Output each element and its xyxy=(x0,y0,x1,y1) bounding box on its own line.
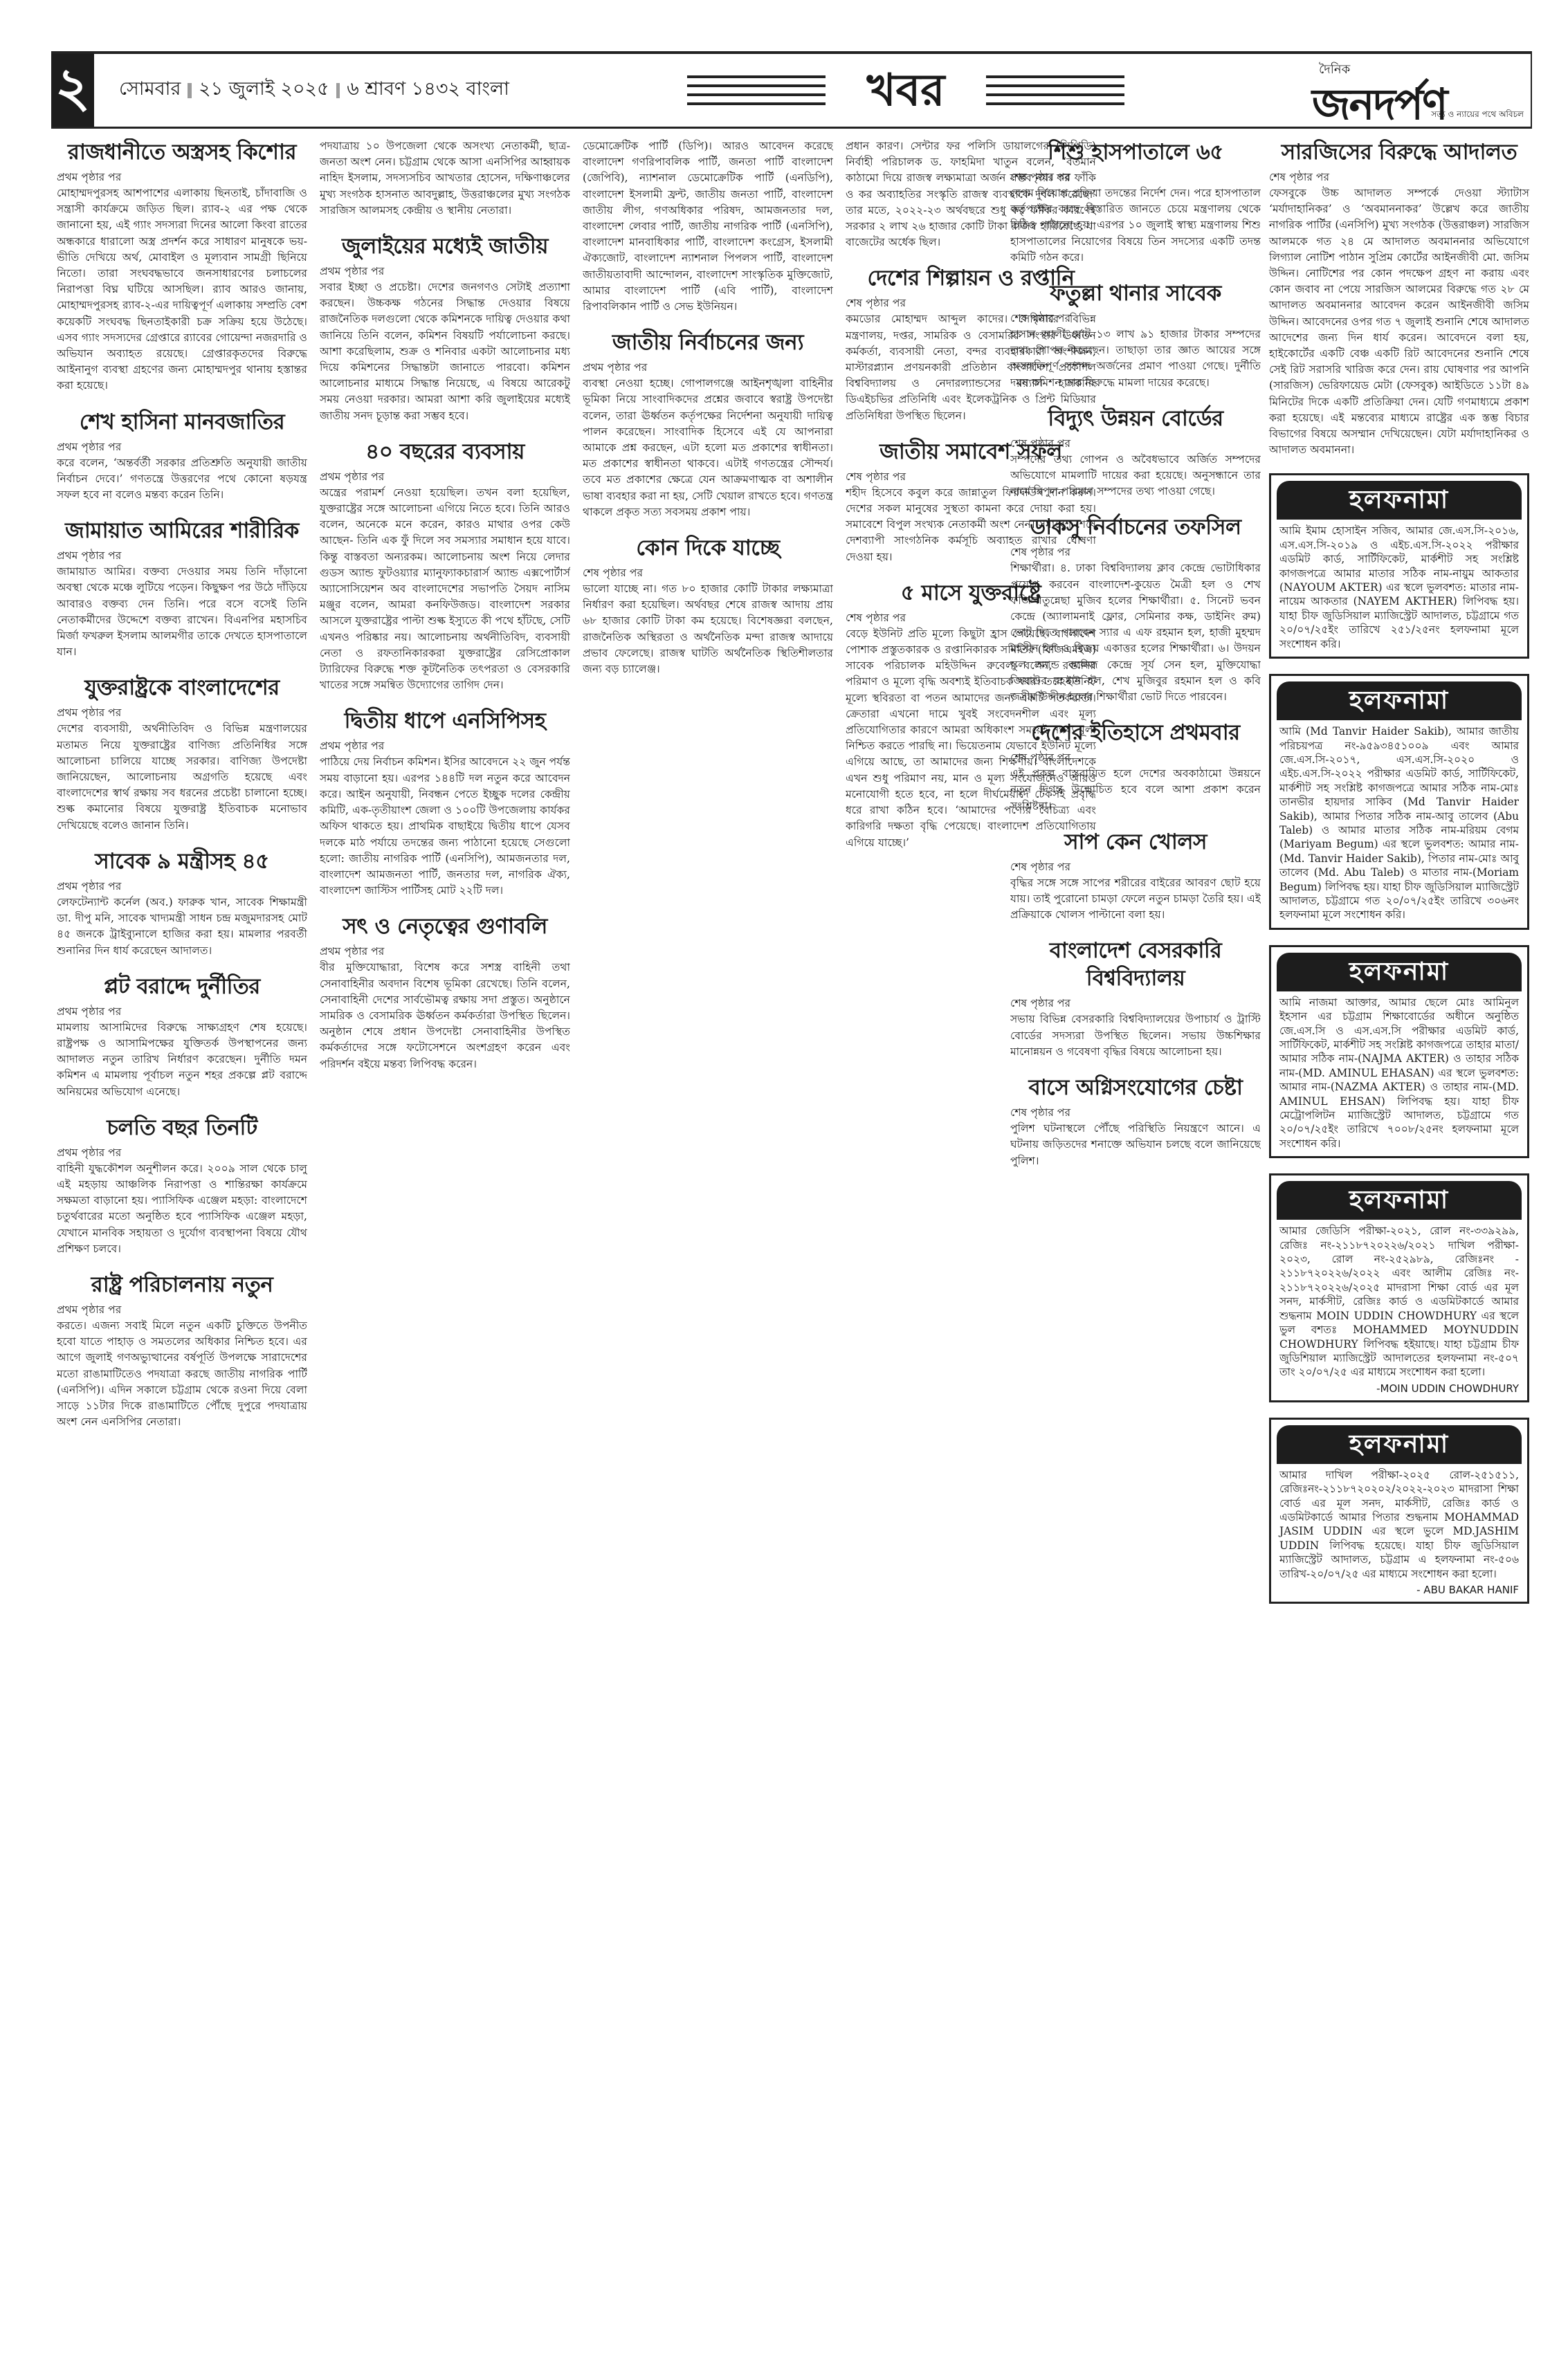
article: জাতীয় নির্বাচনের জন্য প্রথম পৃষ্ঠার পর … xyxy=(583,329,833,520)
day: সোমবার xyxy=(119,75,181,106)
dateline: সোমবার ২১ জুলাই ২০২৫ ৬ শ্রাবণ ১৪৩২ বাংলা xyxy=(94,54,509,127)
article: ৪০ বছরের ব্যবসায় প্রথম পৃষ্ঠার পর অন্ত্… xyxy=(320,438,570,694)
article-body: ব্যবস্থা নেওয়া হচ্ছে। গোপালগঞ্জে আইনশৃঙ… xyxy=(583,376,833,520)
article: জামায়াত আমিরের শারীরিক প্রথম পৃষ্ঠার পর… xyxy=(57,517,307,660)
page-number: ২ xyxy=(51,54,94,127)
article: সাপ কেন খোলস শেষ পৃষ্ঠার পর বৃদ্ধির সঙ্গ… xyxy=(1010,828,1261,924)
affidavit-ad: হলফনামা আমি (Md Tanvir Haider Sakib), আম… xyxy=(1269,674,1529,930)
article: বাংলাদেশ বেসরকারি বিশ্ববিদ্যালয় শেষ পৃষ… xyxy=(1010,937,1261,1060)
jump-line: শেষ পৃষ্ঠার পর xyxy=(1010,1104,1261,1121)
ad-signature: - ABU BAKAR HANIF xyxy=(1277,1581,1522,1596)
logo-tagline: সত্য ও ন্যায়ের পথে অবিচল xyxy=(1431,109,1524,122)
article-headline: জামায়াত আমিরের শারীরিক xyxy=(57,517,307,544)
jump-line: প্রথম পৃষ্ঠার পর xyxy=(320,943,570,960)
jump-line: প্রথম পৃষ্ঠার পর xyxy=(320,468,570,485)
article-headline: সাপ কেন খোলস xyxy=(1010,828,1261,856)
article-body: ডেমোক্রেটিক পার্টি (ডিপি)। আরও আবেদন করে… xyxy=(583,138,833,315)
article-body: মামলায় আসামিদের বিরুদ্ধে সাক্ষ্যগ্রহণ শ… xyxy=(57,1020,307,1100)
article-headline: চলতি বছর তিনটি xyxy=(57,1114,307,1142)
jump-line: শেষ পৃষ্ঠার পর xyxy=(1010,859,1261,875)
article: কোন দিকে যাচ্ছে শেষ পৃষ্ঠার পর ভালো যাচ্… xyxy=(583,534,833,677)
ad-body: আমি ইমাম হোসাইন সজিব, আমার জে.এস.সি-২০১৬… xyxy=(1277,520,1522,651)
article-body: সম্পদের তথ্য গোপন ও অবৈধভাবে অর্জিত সম্প… xyxy=(1010,452,1261,500)
article-body: বৃদ্ধির সঙ্গে সঙ্গে সাপের শরীরের বাইরের … xyxy=(1010,875,1261,924)
article-body: পদযাত্রায় ১০ উপজেলা থেকে অসংখ্য নেতাকর্… xyxy=(320,138,570,219)
article: সাবেক ৯ মন্ত্রীসহ ৪৫ প্রথম পৃষ্ঠার পর লে… xyxy=(57,848,307,959)
article-body: মোহাম্মদপুরসহ আশপাশের এলাকায় ছিনতাই, চা… xyxy=(57,185,307,394)
article-body: হাসান আলী মোট ১৩ লাখ ৯১ হাজার টাকার সম্প… xyxy=(1010,327,1261,391)
jump-line: প্রথম পৃষ্ঠার পর xyxy=(57,878,307,895)
jump-line: শেষ পৃষ্ঠার পর xyxy=(1010,749,1261,766)
article: দেশের ইতিহাসে প্রথমবার শেষ পৃষ্ঠার পর এই… xyxy=(1010,719,1261,814)
jump-line: প্রথম পৃষ্ঠার পর xyxy=(583,359,833,376)
jump-line: প্রথম পৃষ্ঠার পর xyxy=(320,263,570,280)
article: দ্বিতীয় ধাপে এনসিপিসহ প্রথম পৃষ্ঠার পর … xyxy=(320,707,570,899)
column-3: ডেমোক্রেটিক পার্টি (ডিপি)। আরও আবেদন করে… xyxy=(583,138,833,2325)
jump-line: প্রথম পৃষ্ঠার পর xyxy=(57,439,307,455)
article-body: এই প্রকল্প বাস্তবায়িত হলে দেশের অবকাঠাম… xyxy=(1010,766,1261,814)
article-headline: জুলাইয়ের মধ্যেই জাতীয় xyxy=(320,232,570,260)
article: বাসে অগ্নিসংযোগের চেষ্টা শেষ পৃষ্ঠার পর … xyxy=(1010,1074,1261,1169)
article: রাজধানীতে অস্ত্রসহ কিশোর প্রথম পৃষ্ঠার প… xyxy=(57,138,307,394)
logo-name: জনদর্পণ xyxy=(1312,72,1447,143)
article: ডাকসু নির্বাচনের তফসিল শেষ পৃষ্ঠার পর শি… xyxy=(1010,513,1261,705)
article-body: সবার ইচ্ছা ও প্রচেষ্টা। দেশের জনগণও সেটা… xyxy=(320,280,570,424)
article-body: সভায় বিভিন্ন বেসরকারি বিশ্ববিদ্যালয়ের … xyxy=(1010,1011,1261,1060)
decorative-rules-left xyxy=(687,75,826,106)
affidavit-ad: হলফনামা আমার দাখিল পরীক্ষা-২০২৫ রোল-২৫১৫… xyxy=(1269,1418,1529,1604)
ad-title: হলফনামা xyxy=(1277,953,1522,991)
newspaper-logo: দৈনিক জনদর্পণ সত্য ও ন্যায়ের পথে অবিচল xyxy=(1302,54,1531,127)
date-bangla: ৬ শ্রাবণ ১৪৩২ বাংলা xyxy=(347,75,509,106)
article-body: পাঠিয়ে দেয় নির্বাচন কমিশন। ইসির আবেদনে… xyxy=(320,754,570,899)
article-headline: রাষ্ট্র পরিচালনায় নতুন xyxy=(57,1271,307,1299)
affidavit-ad: হলফনামা আমার জেডিসি পরীক্ষা-২০২১, রোল নং… xyxy=(1269,1173,1529,1402)
jump-line: প্রথম পৃষ্ঠার পর xyxy=(320,738,570,754)
article-headline: শিশু হাসপাতালে ৬৫ xyxy=(1010,138,1261,166)
article: বিদ্যুৎ উন্নয়ন বোর্ডের শেষ পৃষ্ঠার পর স… xyxy=(1010,405,1261,500)
article-headline: প্লট বরাদ্দে দুর্নীতির xyxy=(57,973,307,1000)
column-5: শিশু হাসপাতালে ৬৫ শেষ পৃষ্ঠার পর বেগম নি… xyxy=(1010,138,1261,2325)
article: চলতি বছর তিনটি প্রথম পৃষ্ঠার পর বাহিনী য… xyxy=(57,1114,307,1257)
masthead: ২ সোমবার ২১ জুলাই ২০২৫ ৬ শ্রাবণ ১৪৩২ বাং… xyxy=(51,51,1532,129)
article: সারজিসের বিরুদ্ধে আদালত শেষ পৃষ্ঠার পর ফ… xyxy=(1269,138,1529,458)
jump-line: প্রথম পৃষ্ঠার পর xyxy=(57,1003,307,1020)
article-continuation: ডেমোক্রেটিক পার্টি (ডিপি)। আরও আবেদন করে… xyxy=(583,138,833,315)
article-headline: কোন দিকে যাচ্ছে xyxy=(583,534,833,562)
article: যুক্তরাষ্ট্রকে বাংলাদেশের প্রথম পৃষ্ঠার … xyxy=(57,674,307,833)
affidavit-ad: হলফনামা আমি ইমাম হোসাইন সজিব, আমার জে.এস… xyxy=(1269,473,1529,659)
article-body: দেশের ব্যবসায়ী, অর্থনীতিবিদ ও বিভিন্ন ম… xyxy=(57,721,307,833)
jump-line: প্রথম পৃষ্ঠার পর xyxy=(57,169,307,185)
article: শেখ হাসিনা মানবজাতির প্রথম পৃষ্ঠার পর কর… xyxy=(57,408,307,504)
separator-square-icon xyxy=(336,83,340,98)
article-body: পুলিশ ঘটনাস্থলে পৌঁছে পরিস্থিতি নিয়ন্ত্… xyxy=(1010,1121,1261,1169)
jump-line: শেষ পৃষ্ঠার পর xyxy=(583,565,833,581)
decorative-rules-right xyxy=(986,75,1124,106)
article-headline: দ্বিতীয় ধাপে এনসিপিসহ xyxy=(320,707,570,735)
article-headline: ৪০ বছরের ব্যবসায় xyxy=(320,438,570,466)
affidavit-ad: হলফনামা আমি নাজমা আক্তার, আমার ছেলে মোঃ … xyxy=(1269,945,1529,1158)
article-headline: সাবেক ৯ মন্ত্রীসহ ৪৫ xyxy=(57,848,307,875)
ad-title: হলফনামা xyxy=(1277,481,1522,520)
jump-line: প্রথম পৃষ্ঠার পর xyxy=(57,704,307,721)
article-headline: বাংলাদেশ বেসরকারি বিশ্ববিদ্যালয় xyxy=(1010,937,1261,992)
ad-body: আমার জেডিসি পরীক্ষা-২০২১, রোল নং-৩৩৯২৯৯,… xyxy=(1277,1220,1522,1379)
article-body: করে বলেন, ‘অন্তর্বর্তী সরকার প্রতিশ্রুতি… xyxy=(57,455,307,504)
jump-line: শেষ পৃষ্ঠার পর xyxy=(1010,169,1261,185)
article-body: শিক্ষার্থীরা। ৪. ঢাকা বিশ্ববিদ্যালয় ক্ল… xyxy=(1010,560,1261,705)
article-headline: জাতীয় নির্বাচনের জন্য xyxy=(583,329,833,356)
section-banner: খবর xyxy=(509,54,1302,127)
jump-line: শেষ পৃষ্ঠার পর xyxy=(1010,544,1261,560)
article-headline: যুক্তরাষ্ট্রকে বাংলাদেশের xyxy=(57,674,307,702)
jump-line: শেষ পৃষ্ঠার পর xyxy=(1269,169,1529,185)
article: রাষ্ট্র পরিচালনায় নতুন প্রথম পৃষ্ঠার পর… xyxy=(57,1271,307,1430)
ad-body: আমার দাখিল পরীক্ষা-২০২৫ রোল-২৫১৫১১, রেজি… xyxy=(1277,1464,1522,1581)
jump-line: প্রথম পৃষ্ঠার পর xyxy=(57,1144,307,1161)
article-headline: বিদ্যুৎ উন্নয়ন বোর্ডের xyxy=(1010,405,1261,432)
article-body: জামায়াত আমির। বক্তব্য দেওয়ার সময় তিনি… xyxy=(57,564,307,660)
article-headline: সারজিসের বিরুদ্ধে আদালত xyxy=(1269,138,1529,166)
article-body: লেফটেন্যান্ট কর্নেল (অব.) ফারুক খান, সাব… xyxy=(57,895,307,959)
jump-line: শেষ পৃষ্ঠার পর xyxy=(1010,435,1261,452)
jump-line: প্রথম পৃষ্ঠার পর xyxy=(57,1301,307,1318)
article: শিশু হাসপাতালে ৬৫ শেষ পৃষ্ঠার পর বেগম নি… xyxy=(1010,138,1261,266)
jump-line: শেষ পৃষ্ঠার পর xyxy=(1010,310,1261,327)
article-headline: সৎ ও নেতৃত্বের গুণাবলি xyxy=(320,913,570,940)
article-body: করতে। এজন্য সবাই মিলে নতুন একটি চুক্তিতে… xyxy=(57,1318,307,1430)
ad-title: হলফনামা xyxy=(1277,1181,1522,1220)
article-headline: দেশের ইতিহাসে প্রথমবার xyxy=(1010,719,1261,747)
article-body: ফেসবুকে উচ্চ আদালত সম্পর্কে দেওয়া স্ট্য… xyxy=(1269,185,1529,458)
right-column: সারজিসের বিরুদ্ধে আদালত শেষ পৃষ্ঠার পর ফ… xyxy=(1269,138,1529,1604)
article-headline: ডাকসু নির্বাচনের তফসিল xyxy=(1010,513,1261,541)
column-2: পদযাত্রায় ১০ উপজেলা থেকে অসংখ্য নেতাকর্… xyxy=(320,138,570,2325)
column-1: রাজধানীতে অস্ত্রসহ কিশোর প্রথম পৃষ্ঠার প… xyxy=(57,138,307,2325)
article: সৎ ও নেতৃত্বের গুণাবলি প্রথম পৃষ্ঠার পর … xyxy=(320,913,570,1072)
article-body: অন্ত্রের পরামর্শ নেওয়া হয়েছিল। তখন বলা… xyxy=(320,485,570,694)
article: প্লট বরাদ্দে দুর্নীতির প্রথম পৃষ্ঠার পর … xyxy=(57,973,307,1100)
article: ফতুল্লা থানার সাবেক শেষ পৃষ্ঠার পর হাসান… xyxy=(1010,280,1261,391)
article-headline: বাসে অগ্নিসংযোগের চেষ্টা xyxy=(1010,1074,1261,1101)
jump-line: প্রথম পৃষ্ঠার পর xyxy=(57,547,307,564)
section-title: খবর xyxy=(867,68,945,113)
article: জুলাইয়ের মধ্যেই জাতীয় প্রথম পৃষ্ঠার পর… xyxy=(320,232,570,424)
ad-title: হলফনামা xyxy=(1277,681,1522,720)
date-english: ২১ জুলাই ২০২৫ xyxy=(199,75,329,106)
ad-body: আমি (Md Tanvir Haider Sakib), আমার জাতীয… xyxy=(1277,720,1522,922)
article-headline: রাজধানীতে অস্ত্রসহ কিশোর xyxy=(57,138,307,166)
jump-line: শেষ পৃষ্ঠার পর xyxy=(1010,995,1261,1011)
article-body: বেগম নিয়োগ প্রক্রিয়া তদন্তের নির্দেশ দ… xyxy=(1010,185,1261,266)
article-body: বীর মুক্তিযোদ্ধারা, বিশেষ করে সশস্ত্র বা… xyxy=(320,960,570,1072)
article-headline: শেখ হাসিনা মানবজাতির xyxy=(57,408,307,436)
ad-signature: -MOIN UDDIN CHOWDHURY xyxy=(1277,1380,1522,1395)
article-body: বাহিনী যুদ্ধকৌশল অনুশীলন করে। ২০০৯ সাল থ… xyxy=(57,1161,307,1257)
article-body: ভালো যাচ্ছে না। গত ৮০ হাজার কোটি টাকার ল… xyxy=(583,581,833,677)
ad-title: হলফনামা xyxy=(1277,1425,1522,1464)
article-continuation: পদযাত্রায় ১০ উপজেলা থেকে অসংখ্য নেতাকর্… xyxy=(320,138,570,219)
article-headline: ফতুল্লা থানার সাবেক xyxy=(1010,280,1261,307)
separator-square-icon xyxy=(188,83,192,98)
ad-body: আমি নাজমা আক্তার, আমার ছেলে মোঃ আমিনুল ই… xyxy=(1277,991,1522,1151)
